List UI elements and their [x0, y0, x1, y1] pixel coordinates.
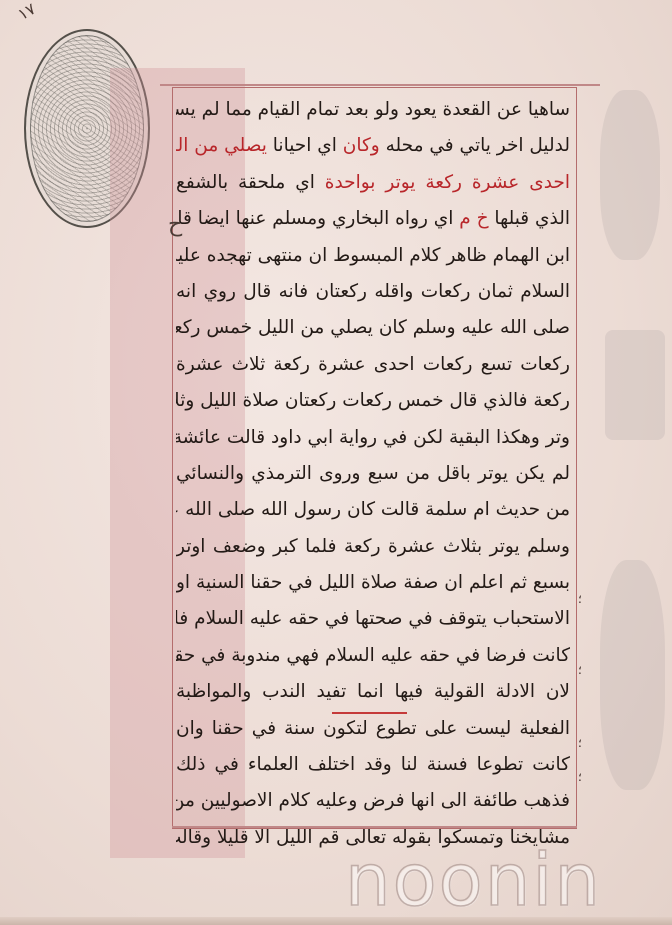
manuscript-text: ساهيا عن القعدة يعود ولو بعد تمام القيام… — [176, 92, 570, 856]
text-line-8: ركعات تسع ركعات احدى عشرة ركعة ثلاث عشرة — [176, 347, 570, 383]
text-line-20: فذهب طائفة الى انها فرض وعليه كلام الاصو… — [176, 783, 570, 819]
text-line-9: ركعة فالذي قال خمس ركعات ركعتان صلاة الل… — [176, 383, 570, 419]
text-line-13: وسلم يوتر بثلاث عشرة ركعة فلما كبر وضعف … — [176, 529, 570, 565]
margin-dot: ؛ — [578, 770, 582, 784]
text-line-3: احدى عشرة ركعة يوتر بواحدة اي ملحقة بالش… — [176, 165, 570, 201]
folio-number: ١٧ — [14, 0, 38, 24]
text-line-18: الفعلية ليست على تطوع لتكون سنة في حقنا … — [176, 711, 570, 747]
noonin-watermark: noonin — [345, 838, 602, 922]
text-line-4: الذي قبلها خ م اي رواه البخاري ومسلم عنه… — [176, 201, 570, 237]
text-line-15: الاستحباب يتوقف في صحتها في حقه عليه الس… — [176, 601, 570, 637]
margin-dot: ؛ — [578, 663, 582, 677]
text-line-7: صلى الله عليه وسلم كان يصلي من الليل خمس… — [176, 310, 570, 346]
text-line-5: ابن الهمام ظاهر كلام المبسوط ان منتهى ته… — [176, 238, 570, 274]
text-line-1: ساهيا عن القعدة يعود ولو بعد تمام القيام… — [176, 92, 570, 128]
text-line-12: من حديث ام سلمة قالت كان رسول الله صلى ا… — [176, 492, 570, 528]
frame-bottom-rule — [172, 826, 577, 828]
text-line-14: بسبع ثم اعلم ان صفة صلاة الليل في حقنا ا… — [176, 565, 570, 601]
text-line-10: وتر وهكذا البقية لكن في رواية ابي داود ق… — [176, 420, 570, 456]
margin-note: ح — [168, 212, 182, 237]
background-ornament — [605, 330, 665, 440]
background-ornament — [600, 560, 665, 790]
text-line-2: لدليل اخر ياتي في محله وكان اي احيانا يص… — [176, 128, 570, 164]
text-line-11: لم يكن يوتر باقل من سبع وروى الترمذي وال… — [176, 456, 570, 492]
margin-dot: ؛ — [578, 592, 582, 606]
text-line-17: لان الادلة القولية فيها انما تفيد الندب … — [176, 674, 570, 710]
manuscript-page: ١٧ ساهيا عن القعدة يعود ولو بعد تمام الق… — [0, 0, 672, 925]
frame-top-rule — [160, 84, 600, 86]
text-line-16: كانت فرضا في حقه عليه السلام فهي مندوبة … — [176, 638, 570, 674]
text-line-6: السلام ثمان ركعات واقله ركعتان فانه قال … — [176, 274, 570, 310]
red-underline-mark — [332, 712, 407, 714]
page-bottom-edge — [0, 917, 672, 925]
margin-dot: ؛ — [578, 736, 582, 750]
background-ornament — [600, 90, 660, 260]
text-line-19: كانت تطوعا فسنة لنا وقد اختلف العلماء في… — [176, 747, 570, 783]
